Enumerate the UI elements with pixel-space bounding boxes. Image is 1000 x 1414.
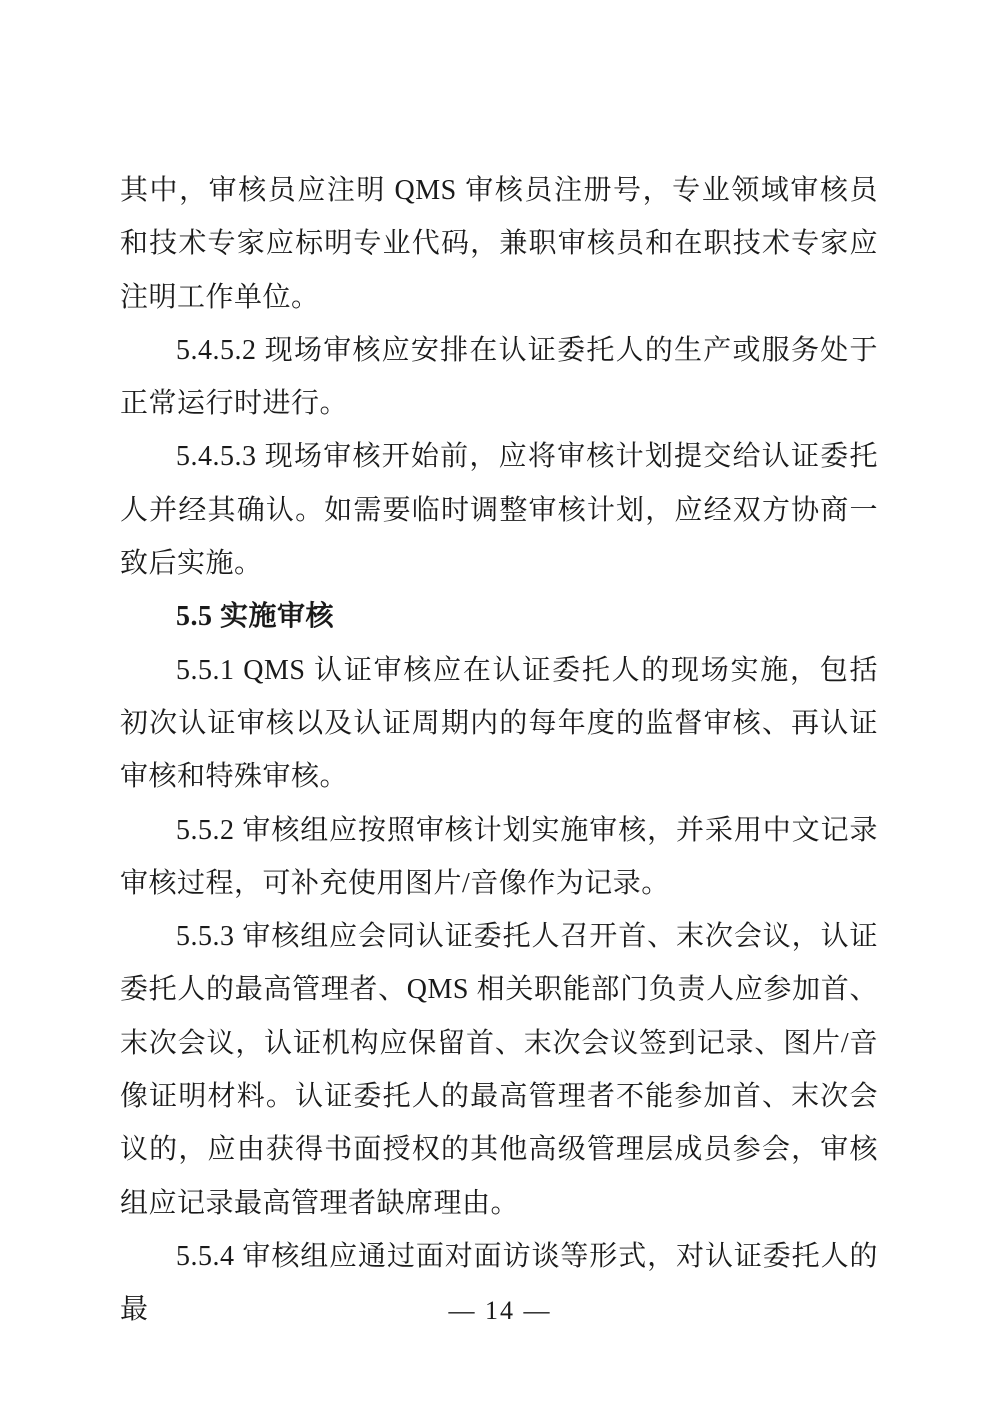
paragraph-clause-5-4-5-2: 5.4.5.2 现场审核应安排在认证委托人的生产或服务处于正常运行时进行。 — [120, 324, 878, 431]
document-body: 其中，审核员应注明 QMS 审核员注册号，专业领域审核员和技术专家应标明专业代码… — [120, 164, 878, 1337]
paragraph-clause-5-4-5-3: 5.4.5.3 现场审核开始前，应将审核计划提交给认证委托人并经其确认。如需要临… — [120, 430, 878, 590]
paragraph-continuation: 其中，审核员应注明 QMS 审核员注册号，专业领域审核员和技术专家应标明专业代码… — [120, 164, 878, 324]
paragraph-clause-5-5-1: 5.5.1 QMS 认证审核应在认证委托人的现场实施，包括初次认证审核以及认证周… — [120, 644, 878, 804]
page-number: — 14 — — [0, 1296, 1000, 1326]
paragraph-clause-5-5-3: 5.5.3 审核组应会同认证委托人召开首、末次会议，认证委托人的最高管理者、QM… — [120, 910, 878, 1230]
document-page: 其中，审核员应注明 QMS 审核员注册号，专业领域审核员和技术专家应标明专业代码… — [0, 0, 1000, 1414]
paragraph-clause-5-5-2: 5.5.2 审核组应按照审核计划实施审核，并采用中文记录审核过程，可补充使用图片… — [120, 804, 878, 911]
section-heading-5-5: 5.5 实施审核 — [120, 590, 878, 643]
